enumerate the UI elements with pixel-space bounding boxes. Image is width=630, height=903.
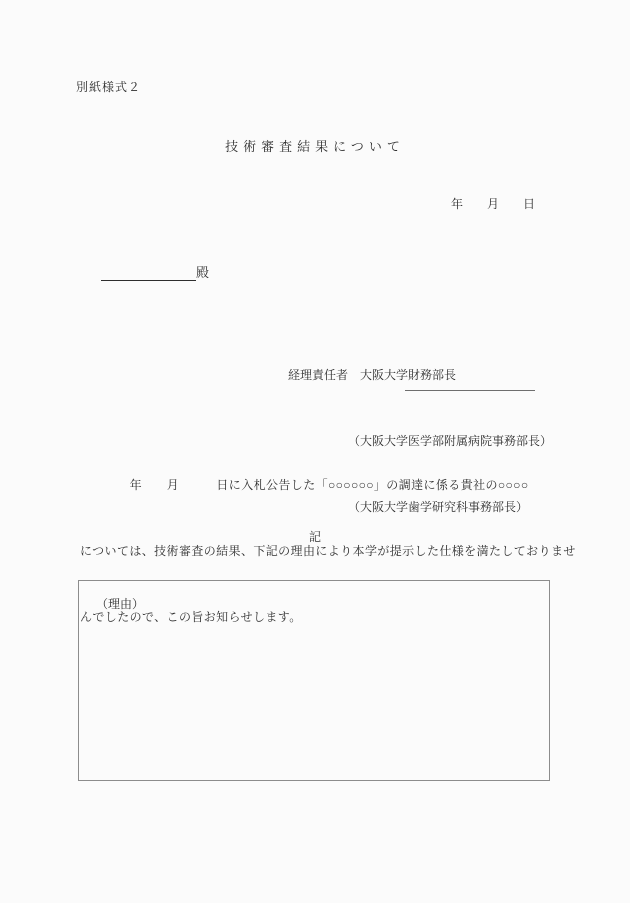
form-label: 別紙様式２ (76, 78, 141, 95)
sender-role-line: 経理責任者 大阪大学財務部長 (288, 364, 552, 386)
reason-box-label: （理由） (96, 595, 144, 612)
record-marker: 記 (0, 528, 630, 545)
body-line-1: 年 月 日に入札公告した「○○○○○○」の調達に係る貴社の○○○○ (80, 474, 576, 496)
document-title: 技術審査結果について (0, 136, 630, 155)
signature-underline (405, 390, 535, 391)
addressee-blank-underline (101, 266, 196, 281)
date-line: 年 月 日 (451, 195, 535, 212)
addressee-line: 殿 (88, 246, 209, 297)
document-page: 別紙様式２ 技術審査結果について 年 月 日 殿 経理責任者 大阪大学財務部長 … (0, 0, 630, 903)
addressee-honorific: 殿 (196, 265, 209, 280)
reason-box: （理由） (78, 580, 550, 781)
